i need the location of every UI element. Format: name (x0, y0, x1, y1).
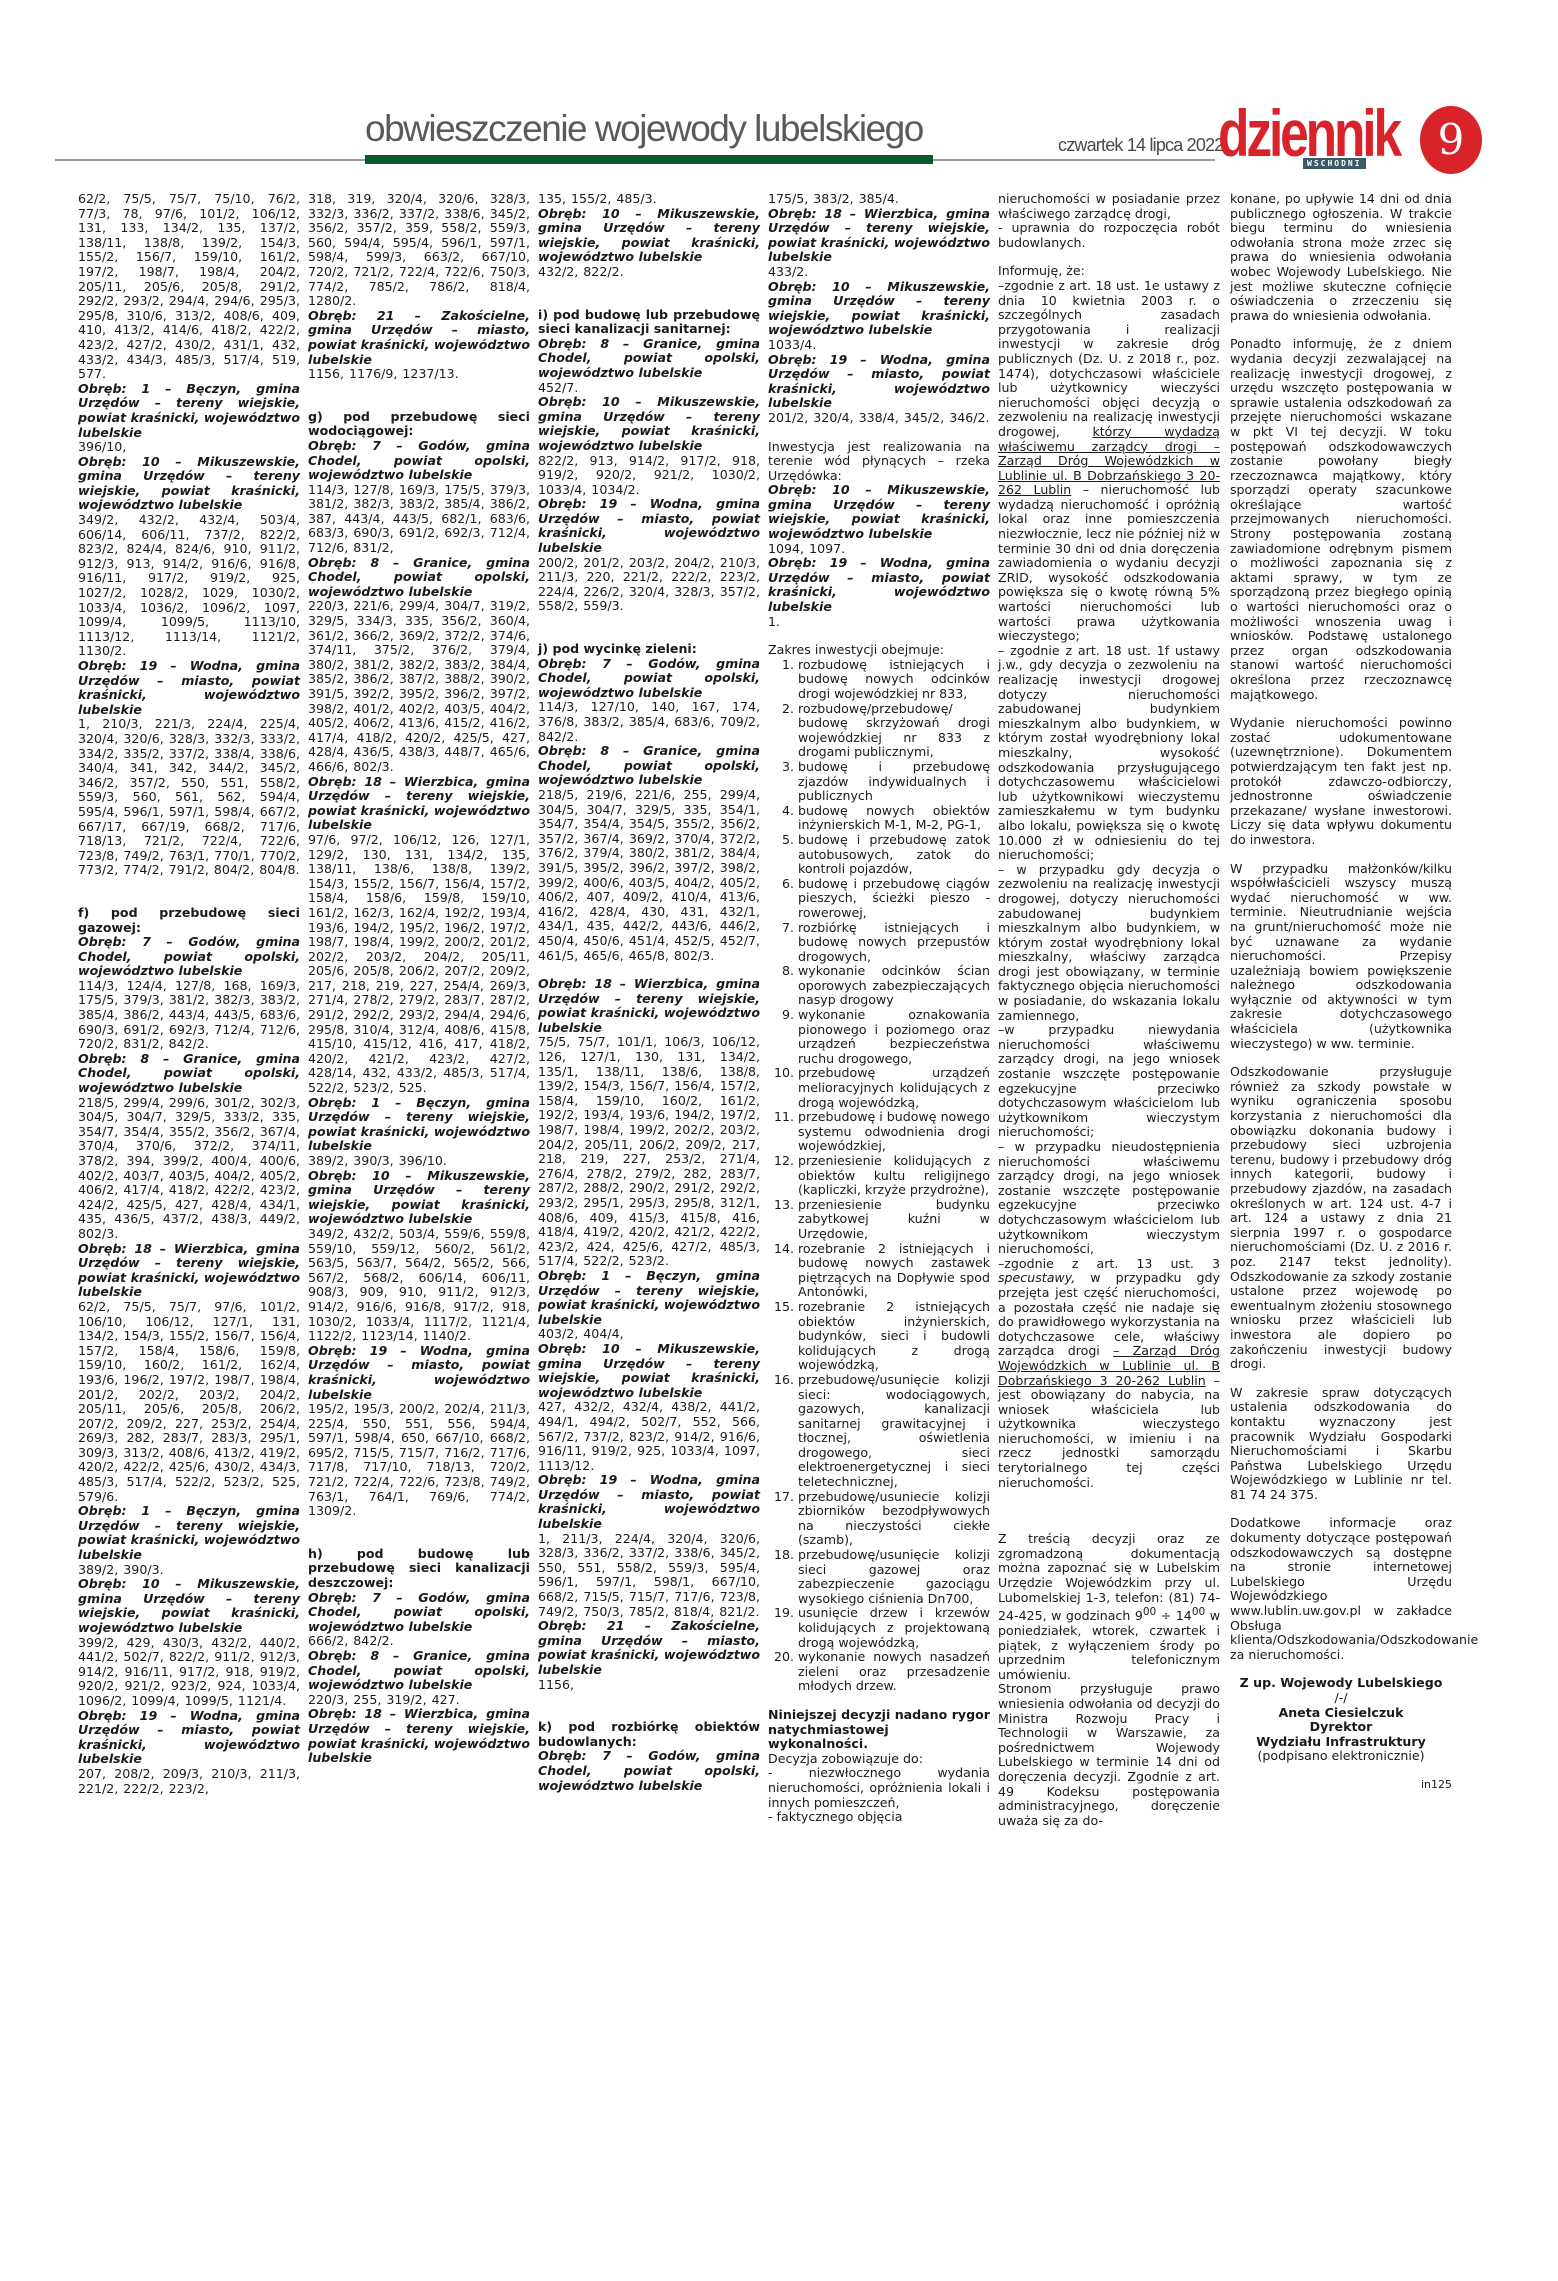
scope-item: rozbudowę istniejących i budowę nowych o… (798, 658, 990, 702)
obligation-continued: nieruchomości w posiadanie przez właściw… (998, 192, 1220, 221)
ad-code: in125 (1230, 1778, 1452, 1793)
parcel-list: 389/2, 390/3, 396/10. (308, 1154, 530, 1169)
parcel-list: 114/3, 127/8, 169/3, 175/5, 379/3, 381/2… (308, 483, 530, 556)
scope-item: przebudowę/usunięcie kolizji sieci gazow… (798, 1548, 990, 1606)
precinct-heading: Obręb: 1 – Bęczyn, gmina Urzędów – teren… (78, 1504, 300, 1562)
obligations-title: Decyzja zobowiązuje do: (768, 1752, 990, 1767)
parcel-list: 1, 210/3, 221/3, 224/4, 225/4, 320/4, 32… (78, 717, 300, 878)
parcel-list: 201/2, 320/4, 338/4, 345/2, 346/2. (768, 411, 990, 426)
parcel-list: 427, 432/2, 432/4, 438/2, 441/2, 494/1, … (538, 1400, 760, 1473)
contact-paragraph: W zakresie spraw dotyczących ustalenia o… (1230, 1386, 1452, 1503)
precinct-heading: Obręb: 1 – Bęczyn, gmina Urzędów – teren… (78, 382, 300, 440)
obligation-item: - niezwłocznego wydania nieruchomości, o… (768, 1766, 990, 1810)
precinct-heading: Obręb: 10 – Mikuszewskie, gmina Urzędów … (768, 280, 990, 338)
parcel-list: 218/5, 219/6, 221/6, 255, 299/4, 304/5, … (538, 788, 760, 963)
parcel-list: 432/2, 822/2. (538, 265, 760, 280)
obligation-item: - faktycznego objęcia (768, 1810, 990, 1825)
precinct-heading: Obręb: 21 – Zakościelne, gmina Urzędów –… (308, 309, 530, 367)
more-info-paragraph: Dodatkowe informacje oraz dokumenty doty… (1230, 1516, 1452, 1662)
parcel-list: 349/2, 432/2, 503/4, 559/6, 559/8, 559/1… (308, 1227, 530, 1344)
precinct-heading: Obręb: 19 – Wodna, gmina Urzędów – miast… (78, 659, 300, 717)
column-3: 135, 155/2, 485/3. Obręb: 10 – Mikuszews… (538, 192, 760, 1793)
scope-item: przeniesienie kolidujących z obiektów ku… (798, 1154, 990, 1198)
precinct-heading: Obręb: 7 – Godów, gmina Chodel, powiat o… (78, 935, 300, 979)
parcel-list: 62/2, 75/5, 75/7, 97/6, 101/2, 106/10, 1… (78, 1300, 300, 1504)
scope-item: budowę i przebudowę zjazdów indywidualny… (798, 760, 990, 804)
inform-item: – w przypadku nieudostępnienia nieruchom… (998, 1140, 1220, 1257)
parcel-list: 220/3, 255, 319/2, 427. (308, 1693, 530, 1708)
section-heading-i: i) pod budowę lub przebudowę sieci kanal… (538, 308, 760, 337)
precinct-heading: Obręb: 10 – Mikuszewskie, gmina Urzędów … (538, 207, 760, 265)
parcel-list: 1094, 1097. (768, 542, 990, 557)
decision-access-info: Z treścią decyzji oraz ze zgromadzoną do… (998, 1532, 1220, 1682)
precinct-heading: Obręb: 10 – Mikuszewskie, gmina Urzędów … (78, 455, 300, 513)
article-body: 62/2, 75/5, 75/7, 75/10, 76/2, 77/3, 78,… (78, 192, 1468, 2252)
paragraph: Odszkodowanie przysługuje również za szk… (1230, 1065, 1452, 1371)
paragraph: W przypadku małżonków/kilku współwłaścic… (1230, 862, 1452, 1052)
precinct-heading: Obręb: 10 – Mikuszewskie, gmina Urzędów … (78, 1577, 300, 1635)
precinct-heading: Obręb: 18 – Wierzbica, gmina Urzędów – t… (308, 775, 530, 833)
paragraph: Ponadto informuję, że z dniem wydania de… (1230, 337, 1452, 702)
logo-sub: WSCHODNI (1303, 158, 1366, 169)
inform-item: – zgodnie z art. 18 ust. 1f ustawy j.w.,… (998, 644, 1220, 863)
precinct-heading: Obręb: 19 – Wodna, gmina Urzędów – miast… (538, 1473, 760, 1531)
parcel-list: 1156, 1176/9, 1237/13. (308, 367, 530, 382)
precinct-heading: Obręb: 1 – Bęczyn, gmina Urzędów – teren… (538, 1269, 760, 1327)
scope-item: rozebranie 2 istniejących i budowę nowyc… (798, 1242, 990, 1300)
parcel-list: 62/2, 75/5, 75/7, 75/10, 76/2, 77/3, 78,… (78, 192, 300, 382)
precinct-heading: Obręb: 7 – Godów, gmina Chodel, powiat o… (308, 439, 530, 483)
precinct-heading: Obręb: 19 – Wodna, gmina Urzędów – miast… (78, 1709, 300, 1767)
parcel-list: 114/3, 127/10, 140, 167, 174, 376/8, 383… (538, 700, 760, 744)
electronic-signature-note: (podpisano elektronicznie) (1230, 1749, 1452, 1764)
page-header: obwieszczenie wojewody lubelskiego czwar… (0, 0, 1558, 190)
section-heading-j: j) pod wycinkę zieleni: (538, 642, 760, 657)
section-heading-k: k) pod rozbiórkę obiektów budowlanych: (538, 1720, 760, 1749)
precinct-heading: Obręb: 19 – Wodna, gmina Urzędów – miast… (768, 556, 990, 614)
water-investment-note: Inwestycja jest realizowania na terenie … (768, 440, 990, 484)
precinct-heading: Obręb: 8 – Granice, gmina Chodel, powiat… (538, 337, 760, 381)
precinct-heading: Obręb: 8 – Granice, gmina Chodel, powiat… (308, 1649, 530, 1693)
precinct-heading: Obręb: 10 – Mikuszewskie, gmina Urzędów … (538, 1342, 760, 1400)
parcel-list: 218/5, 299/4, 299/6, 301/2, 302/3, 304/5… (78, 1096, 300, 1242)
precinct-heading: Obręb: 8 – Granice, gmina Chodel, powiat… (78, 1052, 300, 1096)
scope-item: wykonanie odcinków ścian oporowych zabez… (798, 964, 990, 1008)
precinct-heading: Obręb: 21 – Zakościelne, gmina Urzędów –… (538, 1619, 760, 1677)
issue-date: czwartek 14 lipca 2022 (1058, 135, 1224, 156)
enforceability-note: Niniejszej decyzji nadano rygor natychmi… (768, 1708, 990, 1752)
precinct-heading: Obręb: 1 – Bęczyn, gmina Urzędów – teren… (308, 1096, 530, 1154)
signature-line: Z up. Wojewody Lubelskiego (1230, 1676, 1452, 1691)
column-1: 62/2, 75/5, 75/7, 75/10, 76/2, 77/3, 78,… (78, 192, 300, 1796)
parcel-list: 207, 208/2, 209/3, 210/3, 211/3, 221/2, … (78, 1767, 300, 1796)
parcel-list: 452/7. (538, 381, 760, 396)
scope-list: rozbudowę istniejących i budowę nowych o… (768, 658, 990, 1694)
scope-item: budowę nowych obiektów inżynierskich M-1… (798, 804, 990, 833)
parcel-list: 349/2, 432/2, 432/4, 503/4, 606/14, 606/… (78, 513, 300, 659)
obligation-item: - uprawnia do rozpoczęcia robót budowlan… (998, 221, 1220, 250)
scope-item: przebudowę/usunięcie kolizji sieci: wodo… (798, 1373, 990, 1490)
precinct-heading: Obręb: 18 – Wierzbica, gmina Urzędów – t… (78, 1242, 300, 1300)
precinct-heading: Obręb: 19 – Wodna, gmina Urzędów – miast… (768, 353, 990, 411)
section-heading-g: g) pod przebudowę sieci wodociągowej: (308, 410, 530, 439)
section-heading-f: f) pod przebudowę sieci gazowej: (78, 906, 300, 935)
scope-item: przebudowę i budowę nowego systemu odwod… (798, 1110, 990, 1154)
parcel-list: 97/6, 97/2, 106/12, 126, 127/1, 129/2, 1… (308, 833, 530, 1096)
inform-title: Informuję, że: (998, 264, 1220, 279)
scope-item: rozbudowę/przebudowę/ budowę skrzyżowań … (798, 702, 990, 760)
scope-item: wykonanie oznakowania pionowego i poziom… (798, 1008, 990, 1066)
parcel-list: 389/2, 390/3. (78, 1563, 300, 1578)
precinct-heading: Obręb: 8 – Granice, gmina Chodel, powiat… (308, 556, 530, 600)
parcel-list: 114/3, 124/4, 127/8, 168, 169/3, 175/5, … (78, 979, 300, 1052)
parcel-list: 1. (768, 615, 990, 630)
scope-item: rozbiórkę istniejących i budowę nowych p… (798, 921, 990, 965)
precinct-heading: Obręb: 7 – Godów, gmina Chodel, powiat o… (538, 1749, 760, 1793)
scope-title: Zakres inwestycji obejmuje: (768, 643, 990, 658)
parcel-list: 822/2, 913, 914/2, 917/2, 918, 919/2, 92… (538, 454, 760, 498)
scope-item: przeniesienie budynku zabytkowej kuźni w… (798, 1198, 990, 1242)
signatory-name: Aneta Ciesielczuk (1230, 1706, 1452, 1721)
parcel-list: 220/3, 221/6, 299/4, 304/7, 319/2, 329/5… (308, 599, 530, 774)
parcel-list: 433/2. (768, 265, 990, 280)
section-heading-h: h) pod budowę lub przebudowę sieci kanal… (308, 1547, 530, 1591)
section-accent-bar (365, 155, 933, 164)
precinct-heading: Obręb: 18 – Wierzbica, gmina Urzędów – t… (538, 977, 760, 1035)
signatory-department: Wydziału Infrastruktury (1230, 1735, 1452, 1750)
paragraph: konane, po upływie 14 dni od dnia public… (1230, 192, 1452, 323)
signature-mark: /-/ (1230, 1691, 1452, 1706)
paragraph: Wydanie nieruchomości powinno zostać udo… (1230, 716, 1452, 847)
column-4: 175/5, 383/2, 385/4. Obręb: 18 – Wierzbi… (768, 192, 990, 1825)
parcel-list: 200/2, 201/2, 203/2, 204/2, 210/3, 211/3… (538, 556, 760, 614)
parcel-list: 1033/4. (768, 338, 990, 353)
column-5: nieruchomości w posiadanie przez właściw… (998, 192, 1220, 1828)
precinct-heading: Obręb: 7 – Godów, gmina Chodel, powiat o… (538, 657, 760, 701)
appeal-info: Stronom przysługuje prawo wniesienia odw… (998, 1682, 1220, 1828)
parcel-list: 399/2, 429, 430/3, 432/2, 440/2, 441/2, … (78, 1636, 300, 1709)
parcel-list: 403/2, 404/4, (538, 1327, 760, 1342)
parcel-list: 135, 155/2, 485/3. (538, 192, 760, 207)
inform-item: –zgodnie z art. 18 ust. 1e ustawy z dnia… (998, 279, 1220, 644)
logo-main: dziennik (1218, 100, 1399, 166)
scope-item: wykonanie nowych nasadzeń zieleni oraz p… (798, 1650, 990, 1694)
precinct-heading: Obręb: 8 – Granice, gmina Chodel, powiat… (538, 744, 760, 788)
precinct-heading: Obręb: 10 – Mikuszewskie, gmina Urzędów … (538, 395, 760, 453)
precinct-heading: Obręb: 19 – Wodna, gmina Urzędów – miast… (308, 1344, 530, 1402)
precinct-heading: Obręb: 19 – Wodna, gmina Urzędów – miast… (538, 497, 760, 555)
parcel-list: 318, 319, 320/4, 320/6, 328/3, 332/3, 33… (308, 192, 530, 309)
parcel-list: 396/10, (78, 440, 300, 455)
section-title: obwieszczenie wojewody lubelskiego (365, 108, 923, 150)
parcel-list: 175/5, 383/2, 385/4. (768, 192, 990, 207)
scope-item: budowę i przebudowę zatok autobusowych, … (798, 833, 990, 877)
column-2: 318, 319, 320/4, 320/6, 328/3, 332/3, 33… (308, 192, 530, 1766)
inform-item: –w przypadku niewydania nieruchomości wł… (998, 1023, 1220, 1140)
scope-item: przebudowę urządzeń melioracyjnych kolid… (798, 1066, 990, 1110)
parcel-list: 195/2, 195/3, 200/2, 202/4, 211/3, 225/4… (308, 1402, 530, 1519)
precinct-heading: Obręb: 10 – Mikuszewskie, gmina Urzędów … (308, 1169, 530, 1227)
precinct-heading: Obręb: 10 – Mikuszewskie, gmina Urzędów … (768, 483, 990, 541)
precinct-heading: Obręb: 18 – Wierzbica, gmina Urzędów – t… (768, 207, 990, 265)
column-6: konane, po upływie 14 dni od dnia public… (1230, 192, 1452, 1793)
newspaper-logo: dziennik WSCHODNI (1218, 110, 1413, 172)
parcel-list: 1156, (538, 1678, 760, 1693)
inform-item: – w przypadku gdy decyzja o zezwoleniu n… (998, 863, 1220, 1024)
parcel-list: 1, 211/3, 224/4, 320/4, 320/6, 328/3, 33… (538, 1532, 760, 1620)
parcel-list: 666/2, 842/2. (308, 1634, 530, 1649)
precinct-heading: Obręb: 7 – Godów, gmina Chodel, powiat o… (308, 1591, 530, 1635)
scope-item: usunięcie drzew i krzewów kolidujących z… (798, 1606, 990, 1650)
scope-item: budowę i przebudowę ciągów pieszych, ści… (798, 877, 990, 921)
page-number-badge: 9 (1420, 106, 1482, 174)
precinct-heading: Obręb: 18 – Wierzbica, gmina Urzędów – t… (308, 1707, 530, 1765)
inform-item: –zgodnie z art. 13 ust. 3 specustawy, w … (998, 1257, 1220, 1491)
scope-item: rozebranie 2 istniejących obiektów inżyn… (798, 1300, 990, 1373)
parcel-list: 75/5, 75/7, 101/1, 106/3, 106/12, 126, 1… (538, 1035, 760, 1269)
signatory-title: Dyrektor (1230, 1720, 1452, 1735)
scope-item: przebudowę/usuniecie kolizji zbiorników … (798, 1490, 990, 1548)
